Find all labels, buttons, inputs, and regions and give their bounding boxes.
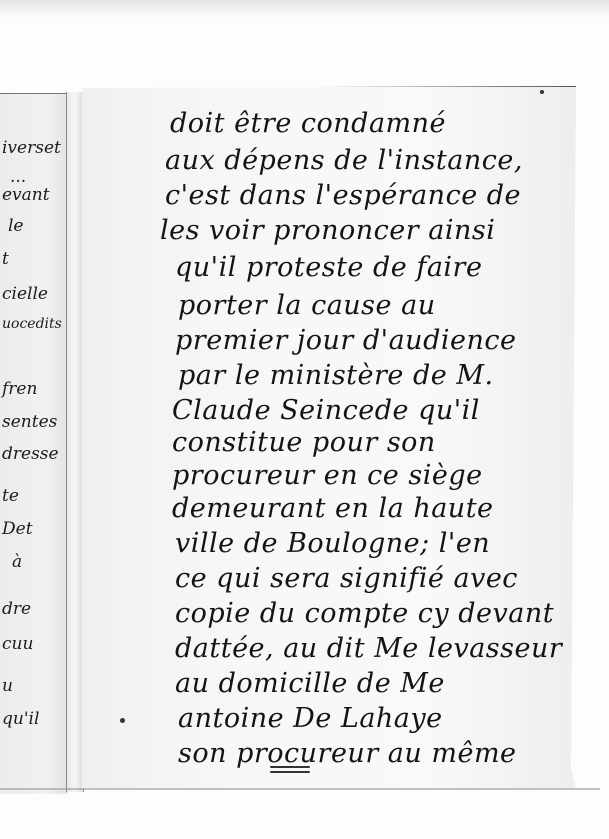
page-bottom-edge <box>0 788 600 790</box>
text-line-7: premier jour d'audience <box>175 325 516 356</box>
ink-speck <box>540 90 544 94</box>
left-text-line: cielle <box>2 284 48 304</box>
text-line-17: au domicille de Me <box>175 668 445 699</box>
text-line-4: les voir prononcer ainsi <box>160 215 495 246</box>
text-line-5: qu'il proteste de faire <box>175 252 482 283</box>
text-line-8: par le ministère de M. <box>178 360 494 391</box>
left-text-line: dre <box>2 599 31 619</box>
left-text-line: u <box>2 676 13 696</box>
text-line-13: ville de Boulogne; l'en <box>175 528 490 559</box>
text-line-15: copie du compte cy devant <box>175 598 554 629</box>
text-line-12: demeurant en la haute <box>172 493 494 524</box>
text-line-19: son procureur au même <box>178 738 517 769</box>
text-line-14: ce qui sera signifié avec <box>175 563 518 594</box>
left-text-line: dresse <box>2 444 59 464</box>
left-text-line: qu'il <box>2 709 39 729</box>
left-text-line: Det <box>2 519 33 539</box>
left-text-line: uocedits <box>2 316 62 332</box>
text-line-6: porter la cause au <box>178 290 436 321</box>
text-line-1: doit être condamné <box>170 108 446 139</box>
left-page-fragment: iverset ... evant le t cielle uocedits f… <box>0 93 68 794</box>
left-text-line: cuu <box>2 634 33 654</box>
ink-speck <box>120 718 125 723</box>
scan-top-shadow <box>0 0 609 18</box>
binding-spine <box>66 92 84 792</box>
left-text-line: t <box>2 249 9 269</box>
left-text-line: fren <box>2 379 37 399</box>
text-line-3: c'est dans l'espérance de <box>165 180 521 211</box>
left-text-line: ... <box>10 167 26 187</box>
text-line-16: dattée, au dit Me levasseur <box>175 633 562 664</box>
left-text-line: te <box>2 486 19 506</box>
text-line-10: constitue pour son <box>172 427 436 458</box>
double-underline-mark <box>270 766 310 776</box>
left-text-line: evant <box>2 185 50 205</box>
text-line-11: procureur en ce siège <box>172 460 483 491</box>
left-text-line: iverset <box>2 138 61 158</box>
left-text-line: sentes <box>2 412 57 432</box>
text-line-2: aux dépens de l'instance, <box>165 145 523 176</box>
text-line-18: antoine De Lahaye <box>178 703 443 734</box>
text-line-9: Claude Seincede qu'il <box>172 395 480 426</box>
left-text-line: à <box>12 552 22 572</box>
left-text-line: le <box>8 216 24 236</box>
